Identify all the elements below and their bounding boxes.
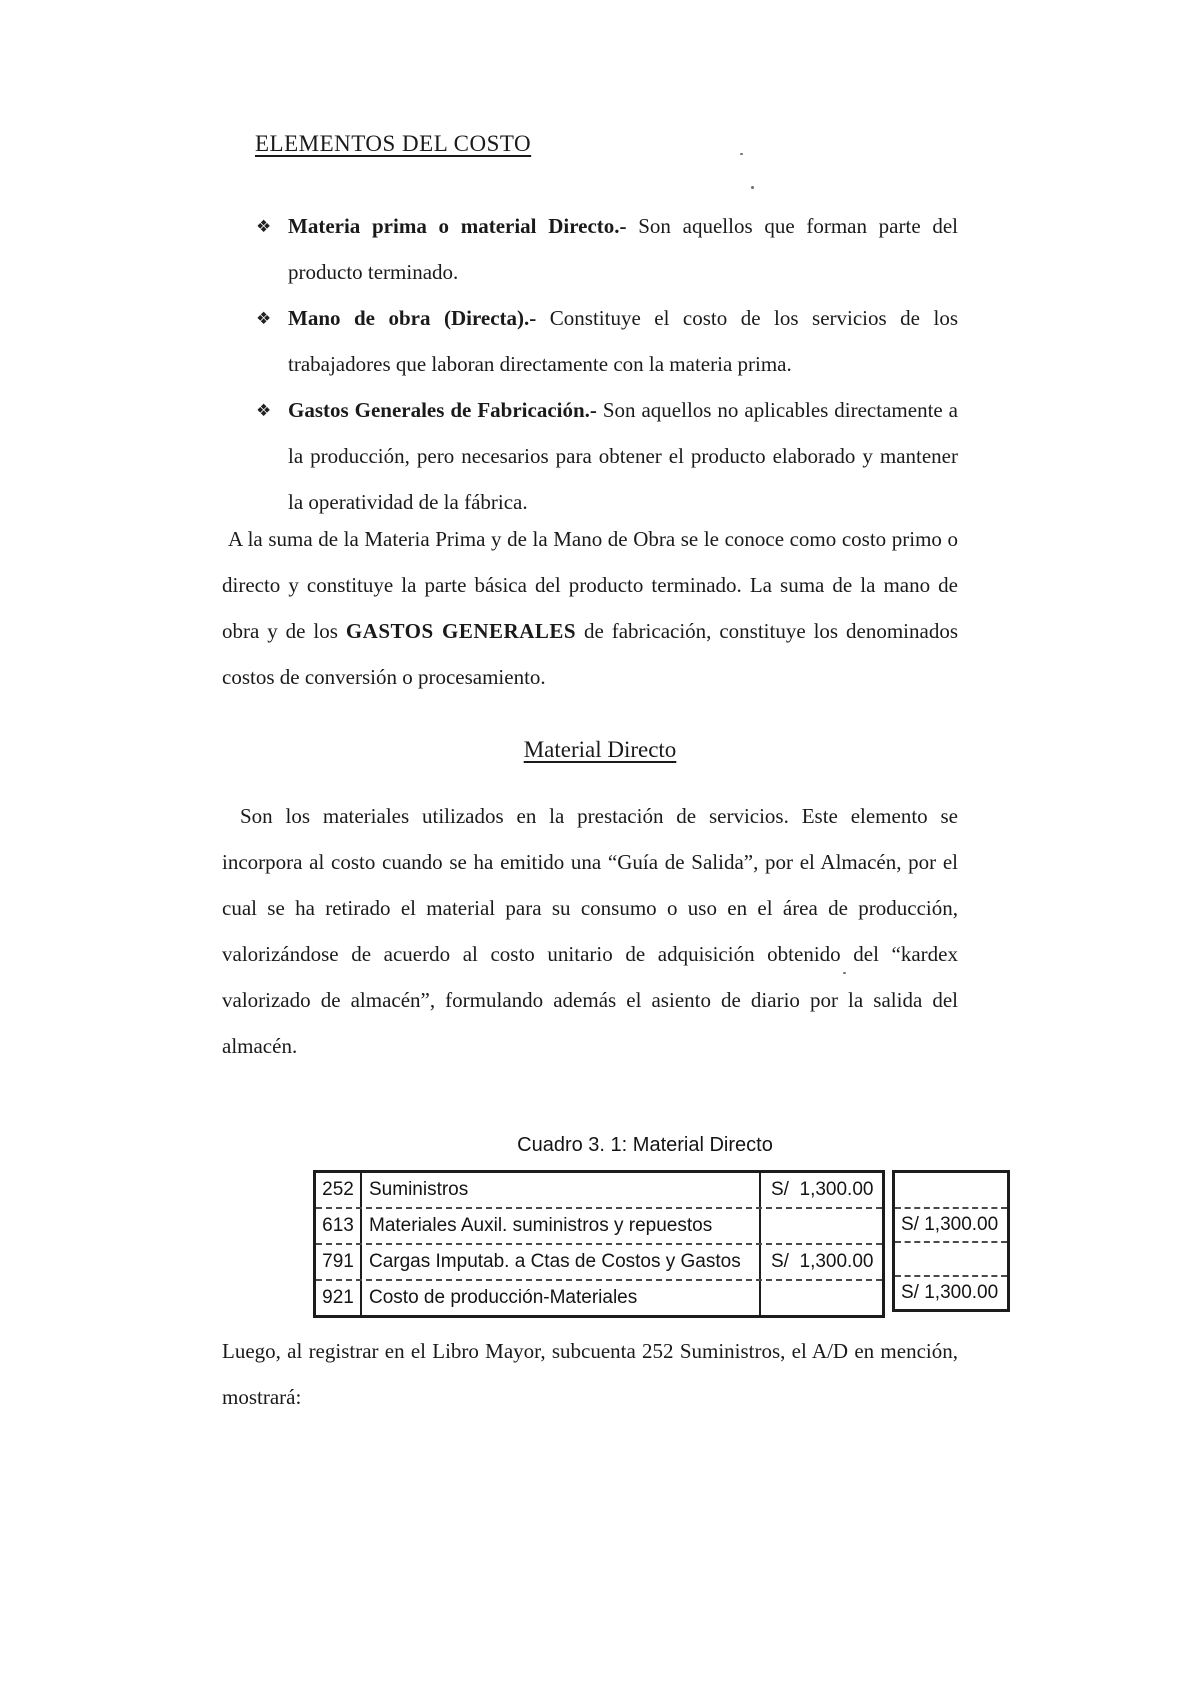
- scan-speck: [751, 186, 754, 189]
- account-name-cell: Cargas Imputab. a Ctas de Costos y Gasto…: [362, 1245, 759, 1279]
- list-item: ❖ Materia prima o material Directo.- Son…: [256, 203, 958, 295]
- account-code-cell: 613: [316, 1209, 362, 1243]
- bullet-heading: Materia prima o material Directo.-: [288, 214, 627, 238]
- section-heading-text: Material Directo: [524, 737, 677, 762]
- bullet-heading: Mano de obra (Directa).-: [288, 306, 536, 330]
- table-row: 252 Suministros S/ 1,300.00: [316, 1173, 882, 1207]
- credit-amount-cell: S/ 1,300.00: [895, 1275, 1007, 1309]
- section-heading-material-directo: Material Directo: [0, 737, 1200, 763]
- credit-amount-cell: [895, 1241, 1007, 1275]
- diamond-bullet-icon: ❖: [256, 388, 271, 434]
- diamond-bullet-icon: ❖: [256, 296, 271, 342]
- debit-amount-cell: [759, 1209, 882, 1243]
- account-code-cell: 252: [316, 1173, 362, 1207]
- debit-amount-cell: S/ 1,300.00: [759, 1173, 882, 1207]
- credit-column-box: S/ 1,300.00 S/ 1,300.00: [892, 1170, 1010, 1312]
- list-item: ❖ Mano de obra (Directa).- Constituye el…: [256, 295, 958, 387]
- paragraph-libro-mayor: Luego, al registrar en el Libro Mayor, s…: [222, 1328, 958, 1420]
- account-name-cell: Suministros: [362, 1173, 759, 1207]
- debit-amount-cell: [759, 1281, 882, 1315]
- bullet-heading: Gastos Generales de Fabricación.-: [288, 398, 597, 422]
- journal-entry-table: 252 Suministros S/ 1,300.00 613 Material…: [313, 1170, 885, 1318]
- list-item: ❖ Gastos Generales de Fabricación.- Son …: [256, 387, 958, 525]
- account-code-cell: 921: [316, 1281, 362, 1315]
- table-row: 613 Materiales Auxil. suministros y repu…: [316, 1207, 882, 1243]
- scan-speck: [740, 153, 743, 155]
- paragraph-bold-text: GASTOS GENERALES: [346, 619, 576, 643]
- account-name-cell: Materiales Auxil. suministros y repuesto…: [362, 1209, 759, 1243]
- page-title: ELEMENTOS DEL COSTO: [255, 131, 531, 157]
- table-caption: Cuadro 3. 1: Material Directo: [300, 1134, 990, 1157]
- scan-speck: [843, 972, 846, 974]
- account-name-cell: Costo de producción-Materiales: [362, 1281, 759, 1315]
- table-row: 791 Cargas Imputab. a Ctas de Costos y G…: [316, 1243, 882, 1279]
- debit-amount-cell: S/ 1,300.00: [759, 1245, 882, 1279]
- scanned-document-page: ELEMENTOS DEL COSTO ❖ Materia prima o ma…: [0, 0, 1200, 1698]
- cost-elements-list: ❖ Materia prima o material Directo.- Son…: [256, 203, 958, 525]
- account-code-cell: 791: [316, 1245, 362, 1279]
- credit-amount-cell: S/ 1,300.00: [895, 1207, 1007, 1241]
- paragraph-material-directo: Son los materiales utilizados en la pres…: [222, 793, 958, 1069]
- credit-amount-cell: [895, 1173, 1007, 1207]
- table-row: 921 Costo de producción-Materiales: [316, 1279, 882, 1315]
- diamond-bullet-icon: ❖: [256, 204, 271, 250]
- paragraph-cost-primo: A la suma de la Materia Prima y de la Ma…: [222, 516, 958, 700]
